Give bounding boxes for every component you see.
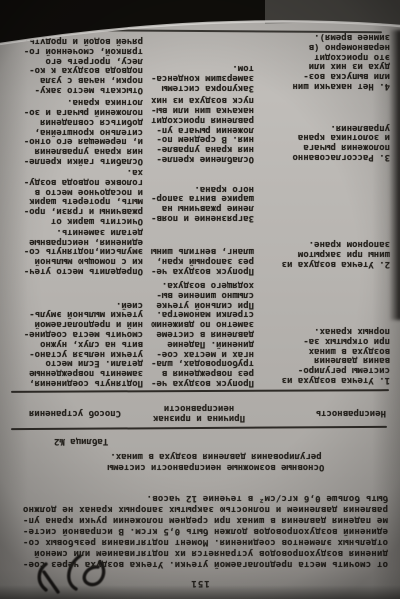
photo-edge-shade — [0, 585, 400, 599]
table-header-fault: Неисправность — [260, 407, 386, 417]
book-edge — [0, 0, 400, 64]
table-caption: Основные возможные неисправности системы… — [36, 451, 396, 472]
table-cell-fault: 1. Утечка воздуха из системы регулиро- в… — [264, 325, 390, 384]
table-cell-cause: Закупорка системы замерзшим конденса- то… — [144, 63, 254, 92]
intro-paragraph: от смочить места предполагаемой утечки. … — [8, 492, 388, 569]
document-page: 151 от смочить места предполагаемой утеч… — [0, 0, 400, 599]
table-header-rule — [11, 390, 389, 393]
table-cell-remedy: Определить место утеч- ки с помощью мыль… — [7, 226, 143, 275]
photo-frame: 151 от смочить места предполагаемой утеч… — [0, 0, 400, 599]
table-cell-fault: 2. Утечка воздуха из шины при закрытом з… — [264, 239, 390, 268]
photo-edge-shadow — [389, 30, 400, 320]
table-header-remedy: Способ устранения — [7, 407, 143, 417]
page-content: 151 от смочить места предполагаемой утеч… — [0, 0, 400, 599]
table-cell-remedy: Ослабить гайки крепле- ния крана управле… — [7, 96, 143, 165]
table-top-rule — [11, 426, 387, 430]
table-cell-cause: Пропуск воздуха че- рез запорный кран, ш… — [144, 246, 254, 275]
table-cell-cause: Загрязнение и появ- ление ржавчины на ша… — [144, 183, 254, 222]
table-header-cause: Причина и признак неисправности — [144, 402, 254, 422]
table-cell-cause: Пропуск воздуха че- рез повреждения в тр… — [144, 279, 254, 387]
table-cell-remedy: Подтянуть соединения, заменить поврежден… — [7, 299, 143, 387]
table-cell-remedy: Очистить шарик от ржавчины и грязи, про-… — [7, 166, 143, 225]
table-cell-cause: Ослабление крепле- ния крана управле- ни… — [144, 94, 254, 163]
table-label: Таблица №2 — [54, 436, 400, 446]
table-cell-fault: 3. Рассогласованно положения рычага и зо… — [264, 122, 390, 161]
